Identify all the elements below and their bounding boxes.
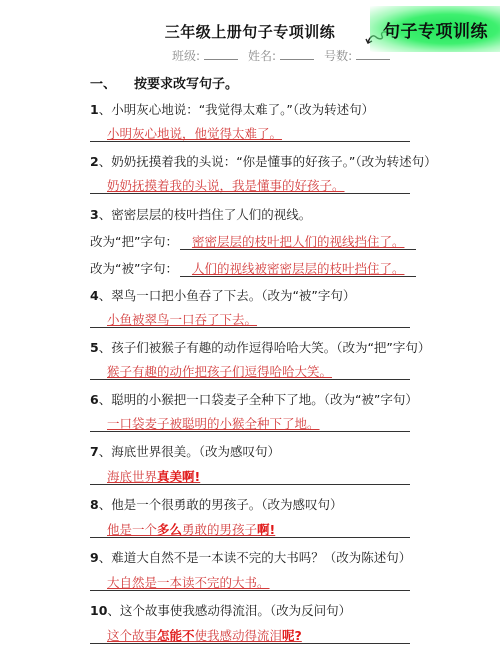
question-6: 6、聪明的小猴把一口袋麦子全种下了地。（改为“被”字句） — [90, 390, 418, 408]
answer-4[interactable]: 小鱼被翠鸟一口吞了下去。 — [90, 310, 410, 328]
class-field[interactable]: 班级: — [172, 47, 238, 64]
question-9: 9、难道大自然不是一本读不完的大书吗？（改为陈述句） — [90, 548, 411, 566]
answer-1[interactable]: 小明灰心地说，他觉得太难了。 — [90, 124, 410, 142]
question-5: 5、孩子们被猴子有趣的动作逗得哈哈大笑。（改为“把”字句） — [90, 338, 430, 356]
question-10: 10、这个故事使我感动得流泪。（改为反问句） — [90, 601, 351, 619]
question-1: 1、小明灰心地说：“我觉得太难了。”（改为转述句） — [90, 100, 374, 118]
question-3-ba-sentence: 改为“把”字句： 密密层层的枝叶把人们的视线挡住了。 — [90, 232, 416, 250]
answer-7[interactable]: 海底世界真美啊! — [90, 467, 410, 485]
answer-2[interactable]: 奶奶抚摸着我的头说，我是懂事的好孩子。 — [90, 176, 410, 194]
answer-6[interactable]: 一口袋麦子被聪明的小猴全种下了地。 — [90, 414, 410, 432]
badge-text: 句子专项训练 — [383, 17, 488, 42]
student-info-row: 班级: 姓名: 号数: — [172, 47, 390, 64]
question-7: 7、海底世界很美。（改为感叹句） — [90, 442, 280, 460]
answer-9[interactable]: 大自然是一本读不完的大书。 — [90, 573, 410, 591]
section-heading: 一、按要求改写句子。 — [90, 73, 238, 92]
answer-3a[interactable]: 密密层层的枝叶把人们的视线挡住了。 — [180, 232, 416, 250]
question-2: 2、奶奶抚摸着我的头说：“你是懂事的好孩子。”（改为转述句） — [90, 152, 437, 170]
question-3: 3、密密层层的枝叶挡住了人们的视线。 — [90, 205, 311, 223]
question-4: 4、翠鸟一口把小鱼吞了下去。（改为“被”字句） — [90, 286, 355, 304]
answer-10[interactable]: 这个故事怎能不使我感动得流泪呢? — [90, 626, 410, 644]
question-8: 8、他是一个很勇敢的男孩子。（改为感叹句） — [90, 495, 342, 513]
topic-badge: 句子专项训练 — [370, 6, 500, 52]
name-field[interactable]: 姓名: — [248, 47, 314, 64]
answer-3b[interactable]: 人们的视线被密密层层的枝叶挡住了。 — [180, 259, 416, 277]
answer-5[interactable]: 猴子有趣的动作把孩子们逗得哈哈大笑。 — [90, 362, 410, 380]
question-3-bei-sentence: 改为“被”字句： 人们的视线被密密层层的枝叶挡住了。 — [90, 259, 416, 277]
number-field[interactable]: 号数: — [324, 47, 390, 64]
answer-8[interactable]: 他是一个多么勇敢的男孩子啊! — [90, 520, 410, 538]
